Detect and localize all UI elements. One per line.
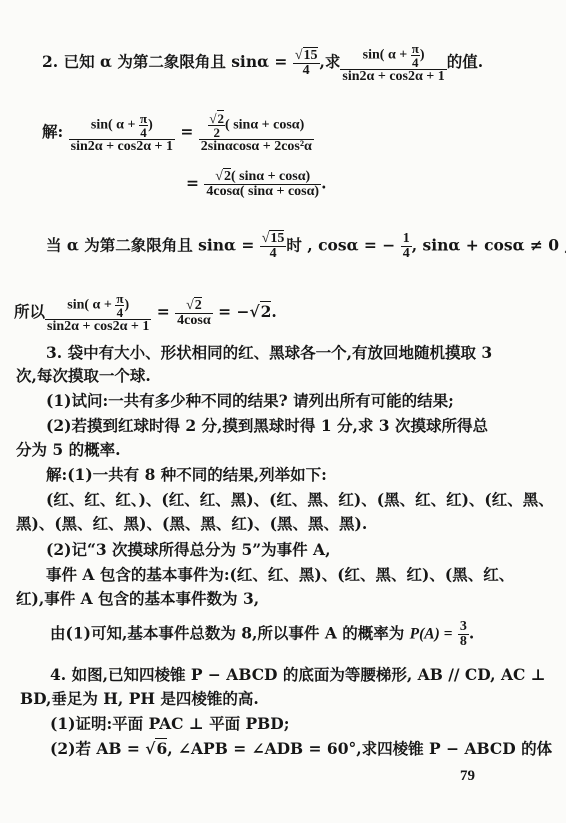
numerator-text: sin( α + <box>91 118 139 133</box>
four: 4 <box>411 56 420 69</box>
radicand: 6 <box>155 738 167 758</box>
outcomes-line-1: (红、红、红、)、(红、红、黑)、(红、黑、红)、(黑、红、红)、(红、黑、 <box>46 490 554 510</box>
paren: ) <box>124 298 129 313</box>
radicand: 2 <box>217 110 225 126</box>
problem-3-solution-2-line-3: 红),事件 A 包含的基本事件数为 3, <box>16 589 259 609</box>
four: 4 <box>139 126 148 139</box>
denominator: sin2α + cos2α + 1 <box>340 70 446 84</box>
cos-fraction: 1 4 <box>401 232 412 261</box>
solution-step-2: = √2( sinα + cosα) 4cosα( sinα + cosα) . <box>186 170 327 199</box>
period: . <box>469 624 474 643</box>
rhs-fraction: √22( sinα + cosα) 2sinαcosα + 2cos²α <box>199 112 314 154</box>
condition-text: 当 α 为第二象限角且 sinα = <box>46 236 254 255</box>
problem-2-statement: 2. 已知 α 为第二象限角且 sinα = √15 4 ,求 sin( α +… <box>42 42 483 84</box>
problem-3-question-2-line-2: 分为 5 的概率. <box>16 440 120 460</box>
numerator-text: ( sinα + cosα) <box>225 118 304 133</box>
solution-text: 由(1)可知,基本事件总数为 8,所以事件 A 的概率为 <box>50 624 410 643</box>
denominator: 4 <box>260 247 287 261</box>
target-expression-fraction: sin( α + π4) sin2α + cos2α + 1 <box>340 42 446 84</box>
period: . <box>321 174 326 193</box>
problem-4-line-1: 4. 如图,已知四棱锥 P − ABCD 的底面为等腰梯形, AB // CD,… <box>50 665 546 685</box>
paren: ) <box>420 48 425 63</box>
textbook-page: 2. 已知 α 为第二象限角且 sinα = √15 4 ,求 sin( α +… <box>0 0 566 823</box>
question-text: (2)若 AB = <box>50 739 140 758</box>
denominator: 2sinαcosα + 2cos²α <box>199 140 314 154</box>
outcomes-line-2: 黑)、(黑、红、黑)、(黑、黑、红)、(黑、黑、黑). <box>16 514 367 534</box>
pi: π <box>411 42 420 56</box>
probability-label: P(A) = <box>410 626 453 643</box>
conclusion-text: 所以 <box>14 302 45 321</box>
rhs-fraction: √2 4cosα <box>175 299 212 328</box>
lhs-fraction: sin( α + π4) sin2α + cos2α + 1 <box>45 292 151 334</box>
denominator: sin2α + cos2α + 1 <box>45 320 151 334</box>
step2-fraction: √2( sinα + cosα) 4cosα( sinα + cosα) <box>204 170 321 199</box>
solution-step-1: 解: sin( α + π4) sin2α + cos2α + 1 = √22(… <box>42 112 314 154</box>
numerator: 1 <box>401 232 412 247</box>
paren: ) <box>148 118 153 133</box>
question-text: 已知 α 为第二象限角且 sinα = <box>64 52 288 71</box>
problem-3-solution-2-line-2: 事件 A 包含的基本事件为:(红、红、黑)、(红、黑、红)、(黑、红、 <box>46 565 514 585</box>
pi: π <box>139 112 148 126</box>
denominator: 4cosα( sinα + cosα) <box>204 185 321 199</box>
radicand: 15 <box>269 230 284 246</box>
radicand: 2 <box>260 301 272 321</box>
result-text: = − <box>218 302 249 321</box>
root2-over-2: √22 <box>208 112 225 139</box>
probability-fraction: 3 8 <box>458 620 469 649</box>
question-text: 的值. <box>447 52 483 71</box>
probability-line: 由(1)可知,基本事件总数为 8,所以事件 A 的概率为 P(A) = 3 8 … <box>50 620 474 649</box>
sin-fraction: √15 4 <box>260 232 287 261</box>
pi-over-4: π4 <box>139 112 148 139</box>
problem-4-question-1: (1)证明:平面 PAC ⊥ 平面 PBD; <box>50 714 289 734</box>
page-number: 79 <box>460 768 475 785</box>
problem-3-line-1: 3. 袋中有大小、形状相同的红、黑球各一个,有放回地随机摸取 3 <box>46 343 492 363</box>
numerator-text: sin( α + <box>67 298 115 313</box>
numerator-text: ( sinα + cosα) <box>231 169 310 184</box>
problem-3-question-1: (1)试问:一共有多少种不同的结果? 请列出所有可能的结果; <box>46 391 454 411</box>
problem-4-question-2: (2)若 AB = √6, ∠APB = ∠ADB = 60°,求四棱锥 P −… <box>50 739 552 759</box>
condition-line: 当 α 为第二象限角且 sinα = √15 4 时 , cosα = − 1 … <box>46 232 566 261</box>
problem-4-line-2: BD,垂足为 H, PH 是四棱锥的高. <box>20 689 259 709</box>
problem-3-solution-2-line-1: (2)记“3 次摸球所得总分为 5”为事件 A, <box>46 540 330 560</box>
denominator: 4cosα <box>175 314 212 328</box>
radicand: 15 <box>303 47 318 63</box>
two: 2 <box>208 126 225 139</box>
radicand: 2 <box>223 168 231 184</box>
condition-text: , sinα + cosα ≠ 0 , <box>412 236 566 255</box>
problem-3-solution-1: 解:(1)一共有 8 种不同的结果,列举如下: <box>46 465 327 485</box>
numerator-text: sin( α + <box>363 48 411 63</box>
solution-label: 解: <box>42 122 63 141</box>
period: . <box>271 302 276 321</box>
denominator: 4 <box>293 64 320 78</box>
problem-number: 2. <box>42 52 58 71</box>
denominator: 8 <box>458 635 469 649</box>
pi-over-4: π4 <box>411 42 420 69</box>
radicand: 2 <box>194 297 202 313</box>
conclusion-line: 所以 sin( α + π4) sin2α + cos2α + 1 = √2 4… <box>14 292 277 334</box>
problem-3-line-2: 次,每次摸取一个球. <box>16 366 151 386</box>
problem-3-question-2-line-1: (2)若摸到红球时得 2 分,摸到黑球时得 1 分,求 3 次摸球所得总 <box>46 416 488 436</box>
numerator: 3 <box>458 620 469 635</box>
question-text: , ∠APB = ∠ADB = 60°,求四棱锥 P − ABCD 的体 <box>167 739 552 758</box>
condition-text: 时 , cosα = − <box>286 236 395 255</box>
sin-value-fraction: √15 4 <box>293 49 320 78</box>
lhs-fraction: sin( α + π4) sin2α + cos2α + 1 <box>69 112 175 154</box>
denominator: 4 <box>401 247 412 261</box>
question-text: ,求 <box>320 52 341 71</box>
denominator: sin2α + cos2α + 1 <box>69 140 175 154</box>
